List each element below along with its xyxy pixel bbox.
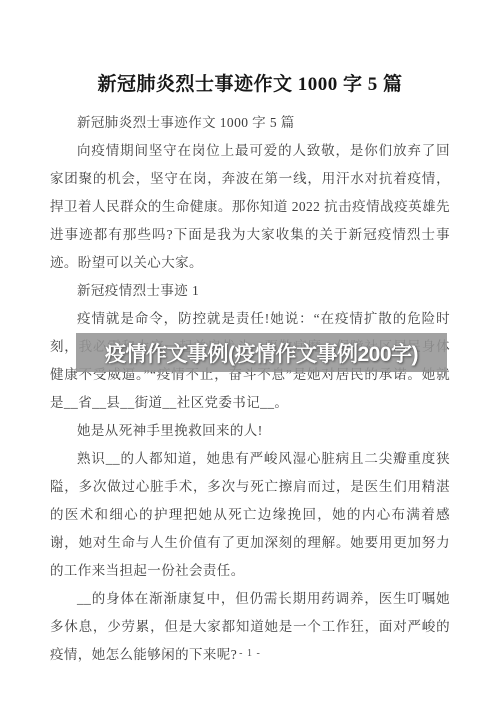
document-title: 新冠肺炎烈士事迹作文 1000 字 5 篇: [0, 0, 500, 98]
overlay-caption-banner: 疫情作文事例(疫情作文事例200字): [76, 333, 447, 372]
paragraph: 新冠肺炎烈士事迹作文 1000 字 5 篇: [50, 109, 450, 137]
paragraph: 她是从死神手里挽救回来的人!: [50, 417, 450, 445]
paragraph: 向疫情期间坚守在岗位上最可爱的人致敬，是你们放弃了回家团聚的机会，坚守在岗，奔波…: [50, 137, 450, 277]
document-page: 新冠肺炎烈士事迹作文 1000 字 5 篇 新冠肺炎烈士事迹作文 1000 字 …: [0, 0, 500, 706]
document-body: 新冠肺炎烈士事迹作文 1000 字 5 篇向疫情期间坚守在岗位上最可爱的人致敬，…: [50, 109, 450, 669]
overlay-caption-text: 疫情作文事例(疫情作文事例200字): [105, 338, 418, 368]
paragraph: 新冠疫情烈士事迹 1: [50, 277, 450, 305]
paragraph: 熟识__的人都知道，她患有严峻风湿心脏病且二尖瓣重度狭隘，多次做过心脏手术，多次…: [50, 445, 450, 585]
page-number: - 1 -: [0, 648, 500, 659]
